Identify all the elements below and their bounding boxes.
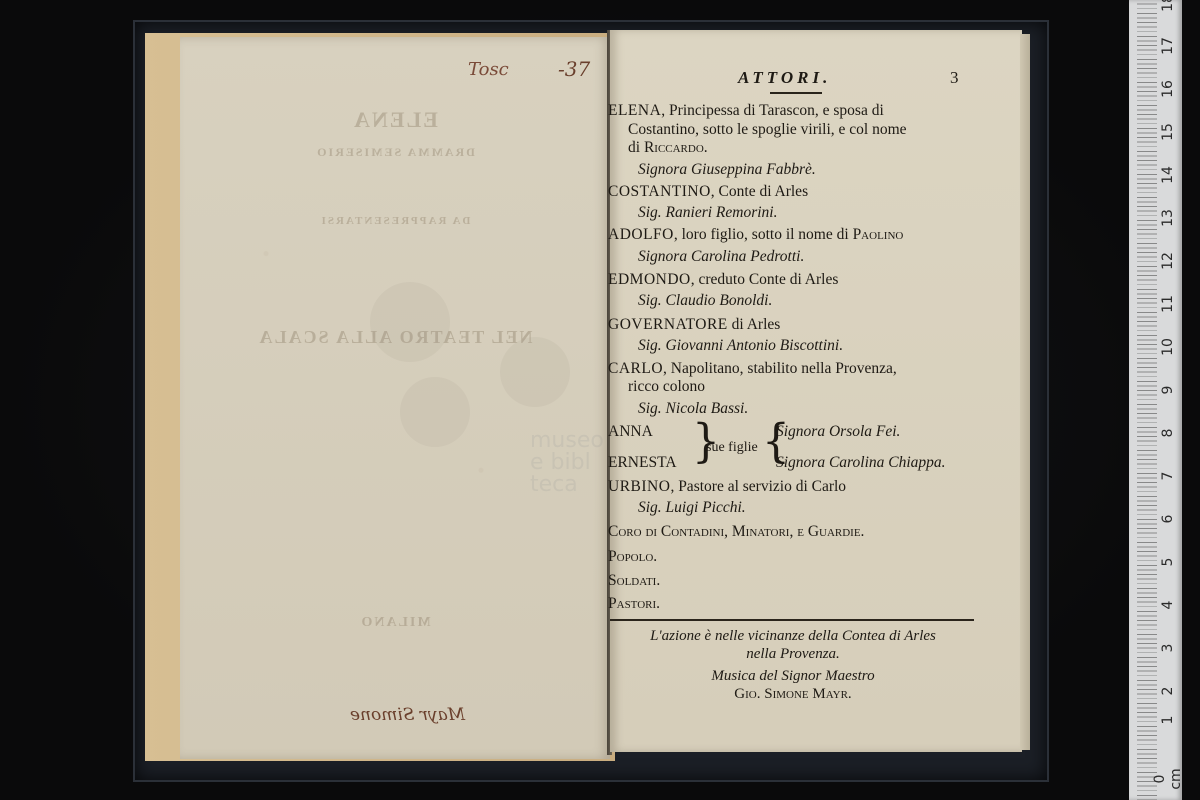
ruler-label: 5 xyxy=(1160,550,1176,574)
cast-entry-carlo-line2: ricco colono xyxy=(608,378,705,396)
ruler-label: 2 xyxy=(1160,679,1176,703)
ruler-label: 14 xyxy=(1160,163,1176,187)
ruler-label: 13 xyxy=(1160,206,1176,230)
ruler-label: 16 xyxy=(1160,77,1176,101)
singer-name: Signora Carolina Chiappa. xyxy=(776,454,946,472)
ruler-label: 3 xyxy=(1160,636,1176,660)
cast-entry-ernesta: ERNESTA xyxy=(608,454,677,472)
cast-entry-governatore: GOVERNATORE di Arles xyxy=(608,316,780,334)
watermark-circle xyxy=(400,377,470,447)
ruler-label: 15 xyxy=(1160,120,1176,144)
ruler-label: 0 cm xyxy=(1152,767,1184,791)
cast-entry-carlo: CARLO, Napolitano, stabilito nella Prove… xyxy=(608,360,897,378)
singer-name: Signora Carolina Pedrotti. xyxy=(638,248,804,266)
cast-entry-costantino: COSTANTINO, Conte di Arles xyxy=(608,183,808,201)
composer-name: Gio. Simone Mayr. xyxy=(610,686,976,703)
running-head: ATTORI. xyxy=(738,68,831,88)
ruler-label: 9 xyxy=(1160,378,1176,402)
page-number: 3 xyxy=(950,68,959,88)
watermark-circle xyxy=(370,282,450,362)
show-through-subtitle: DRAMMA SEMISERIO xyxy=(180,145,610,160)
cast-entry-urbino: URBINO, Pastore al servizio di Carlo xyxy=(608,478,846,496)
singer-name: Sig. Giovanni Antonio Biscottini. xyxy=(638,337,843,355)
head-rule xyxy=(770,92,822,94)
ruler-label: 12 xyxy=(1160,249,1176,273)
chorus-line: Coro di Contadini, Minatori, e Guardie. xyxy=(608,523,864,541)
singer-name: Sig. Claudio Bonoldi. xyxy=(638,292,772,310)
cast-entry-elena: ELENA, Principessa di Tarascon, e sposa … xyxy=(608,102,884,120)
setting-line: L'azione è nelle vicinanze della Contea … xyxy=(610,627,976,646)
show-through-line: DA RAPPRESENTARSI xyxy=(180,215,610,227)
left-page: Tosc -37 ELENA DRAMMA SEMISERIO DA RAPPR… xyxy=(180,37,610,759)
ruler-label: 11 xyxy=(1160,292,1176,316)
setting-line: nella Provenza. xyxy=(610,645,976,664)
museum-watermark: museo e bibl teca xyxy=(530,430,604,496)
show-through-title: ELENA xyxy=(180,107,610,133)
group-relation: sue figlie xyxy=(706,439,758,457)
chorus-line: Pastori. xyxy=(608,595,660,613)
ruler-label: 10 xyxy=(1160,335,1176,359)
singer-name: Signora Giuseppina Fabbrè. xyxy=(638,161,816,179)
cast-entry-adolfo: ADOLFO, loro figlio, sotto il nome di Pa… xyxy=(608,226,903,244)
music-credit: Musica del Signor Maestro xyxy=(610,668,976,685)
cast-entry-anna: ANNA xyxy=(608,423,653,441)
cast-entry-elena-line2: Costantino, sotto le spoglie virili, e c… xyxy=(608,121,907,139)
chorus-line: Popolo. xyxy=(608,548,657,566)
singer-name: Sig. Luigi Picchi. xyxy=(638,499,746,517)
ruler-label: 7 xyxy=(1160,464,1176,488)
handwritten-page-number: -37 xyxy=(558,57,590,81)
handwritten-signature: Mayr Simone xyxy=(350,705,465,725)
chorus-line: Soldati. xyxy=(608,572,660,590)
watermark-circle xyxy=(500,337,570,407)
ruler-label: 1 xyxy=(1160,708,1176,732)
footer-rule xyxy=(610,619,974,621)
ruler-label: 18 xyxy=(1160,0,1176,15)
show-through-city: MILANO xyxy=(180,615,610,631)
ruler-label: 4 xyxy=(1160,593,1176,617)
handwritten-page-mark: Tosc xyxy=(468,59,509,80)
singer-name: Sig. Ranieri Remorini. xyxy=(638,204,778,222)
ruler-label: 6 xyxy=(1160,507,1176,531)
ruler-label: 8 xyxy=(1160,421,1176,445)
singer-name: Signora Orsola Fei. xyxy=(776,423,900,441)
cast-list: ATTORI. 3 ELENA, Principessa di Tarascon… xyxy=(610,30,1022,752)
cast-entry-edmondo: EDMONDO, creduto Conte di Arles xyxy=(608,271,838,289)
cast-entry-elena-line3: di Riccardo. xyxy=(608,139,708,157)
ruler-label: 17 xyxy=(1160,34,1176,58)
